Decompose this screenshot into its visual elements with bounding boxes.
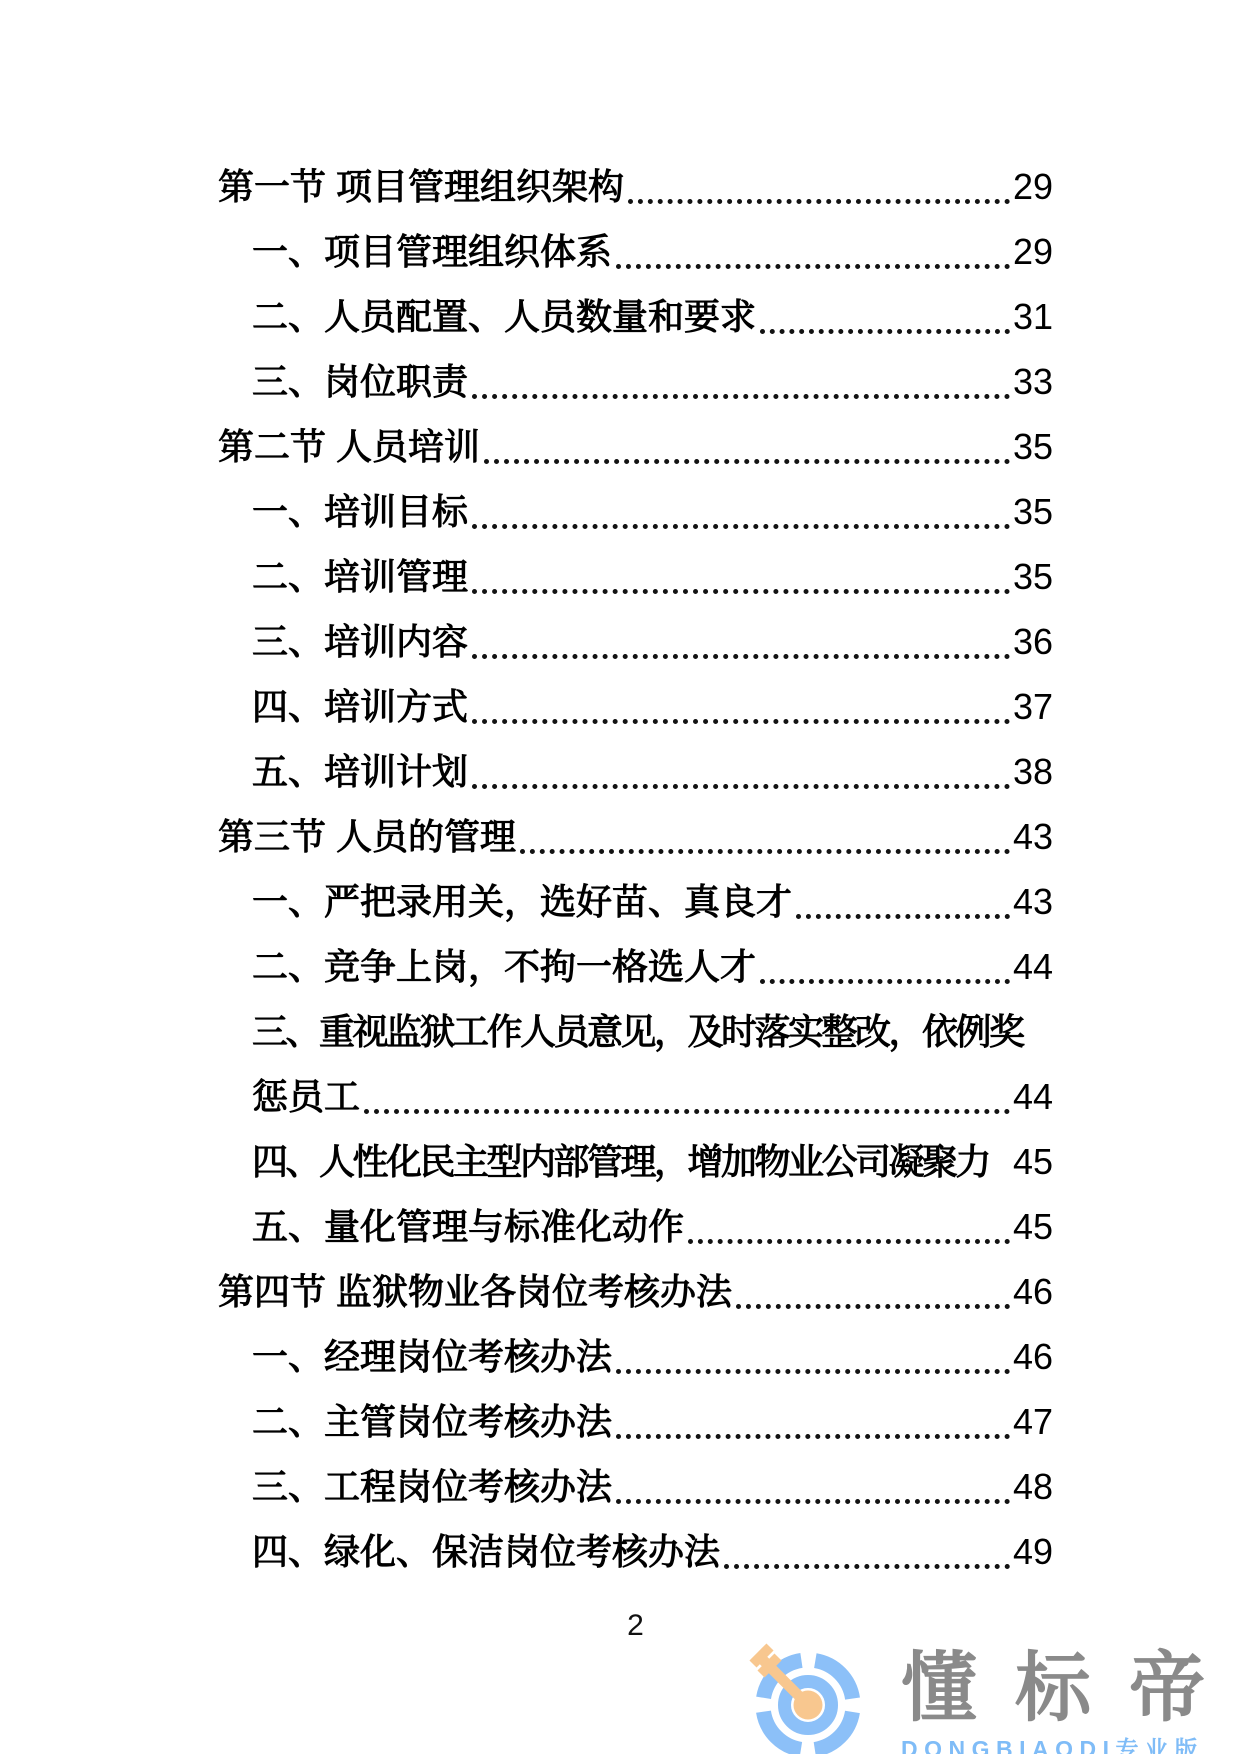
toc-entry[interactable]: 二、人员配置、人员数量和要求 31 <box>218 284 1053 349</box>
toc-entry-title: 一、项目管理组织体系 <box>252 219 612 284</box>
toc-entry[interactable]: 三、工程岗位考核办法 48 <box>218 1454 1053 1519</box>
toc-entry-page-number: 36 <box>1013 609 1053 674</box>
dot-leader <box>472 784 1010 789</box>
toc-entry[interactable]: 四、人性化民主型内部管理，增加物业公司凝聚力 45 <box>218 1129 1053 1194</box>
toc-entry-title: 一、培训目标 <box>252 479 468 544</box>
toc-entry-title: 一、严把录用关，选好苗、真良才 <box>252 869 792 934</box>
toc-entry[interactable]: 四、绿化、保洁岗位考核办法 49 <box>218 1519 1053 1584</box>
toc-entry-page-number: 29 <box>1013 219 1053 284</box>
dot-leader <box>472 394 1010 399</box>
toc-entry-title: 四、人性化民主型内部管理，增加物业公司凝聚力 <box>252 1129 989 1194</box>
toc-entry-title: 惩员工 <box>252 1064 360 1129</box>
toc-entry-title: 三、培训内容 <box>252 609 468 674</box>
toc-entry-title: 二、人员配置、人员数量和要求 <box>252 284 756 349</box>
dot-leader <box>472 654 1010 659</box>
toc-entry-title: 第二节 人员培训 <box>218 414 480 479</box>
dot-leader <box>628 199 1010 204</box>
toc-entry-page-number: 46 <box>1013 1324 1053 1389</box>
brand-text: 懂标帝 DONGBIAODI专业版 <box>901 1637 1241 1754</box>
table-of-contents: 第一节 项目管理组织架构 29 一、项目管理组织体系 29 二、人员配置、人员数… <box>218 154 1053 1584</box>
dot-leader <box>760 329 1010 334</box>
dot-leader <box>472 719 1010 724</box>
toc-entry[interactable]: 三、重视监狱工作人员意见，及时落实整改，依例奖 <box>218 999 1053 1064</box>
toc-entry-page-number: 37 <box>1013 674 1053 739</box>
dot-leader <box>616 1369 1010 1374</box>
toc-entry-page-number: 43 <box>1013 869 1053 934</box>
toc-entry-page-number: 48 <box>1013 1454 1053 1519</box>
toc-entry[interactable]: 二、主管岗位考核办法 47 <box>218 1389 1053 1454</box>
toc-entry[interactable]: 一、经理岗位考核办法 46 <box>218 1324 1053 1389</box>
toc-entry-page-number: 44 <box>1013 934 1053 999</box>
dot-leader <box>688 1239 1010 1244</box>
toc-entry[interactable]: 一、严把录用关，选好苗、真良才 43 <box>218 869 1053 934</box>
document-page: 第一节 项目管理组织架构 29 一、项目管理组织体系 29 二、人员配置、人员数… <box>0 0 1241 1754</box>
target-arrow-icon <box>748 1643 865 1754</box>
dot-leader <box>520 849 1010 854</box>
toc-entry[interactable]: 第四节 监狱物业各岗位考核办法 46 <box>218 1259 1053 1324</box>
toc-entry[interactable]: 第一节 项目管理组织架构 29 <box>218 154 1053 219</box>
toc-entry[interactable]: 三、岗位职责 33 <box>218 349 1053 414</box>
toc-entry-title: 二、培训管理 <box>252 544 468 609</box>
brand-subtitle: DONGBIAODI专业版 <box>901 1738 1241 1754</box>
toc-entry-title: 二、主管岗位考核办法 <box>252 1389 612 1454</box>
toc-entry-page-number: 46 <box>1013 1259 1053 1324</box>
toc-entry[interactable]: 三、培训内容 36 <box>218 609 1053 674</box>
toc-entry-title: 五、培训计划 <box>252 739 468 804</box>
toc-entry-title: 四、绿化、保洁岗位考核办法 <box>252 1519 720 1584</box>
toc-entry-title: 第三节 人员的管理 <box>218 804 516 869</box>
toc-entry-page-number: 49 <box>1013 1519 1053 1584</box>
toc-entry-title: 五、量化管理与标准化动作 <box>252 1194 684 1259</box>
toc-entry-title: 二、竞争上岗，不拘一格选人才 <box>252 934 756 999</box>
toc-entry-page-number: 38 <box>1013 739 1053 804</box>
toc-entry[interactable]: 惩员工 44 <box>218 1064 1053 1129</box>
toc-entry[interactable]: 二、培训管理 35 <box>218 544 1053 609</box>
toc-entry[interactable]: 五、培训计划 38 <box>218 739 1053 804</box>
toc-entry-title: 第四节 监狱物业各岗位考核办法 <box>218 1259 732 1324</box>
toc-entry-page-number: 35 <box>1013 479 1053 544</box>
toc-entry-title: 一、经理岗位考核办法 <box>252 1324 612 1389</box>
toc-entry[interactable]: 第二节 人员培训 35 <box>218 414 1053 479</box>
toc-entry-page-number: 31 <box>1013 284 1053 349</box>
toc-entry-page-number: 45 <box>1013 1194 1053 1259</box>
toc-entry[interactable]: 二、竞争上岗，不拘一格选人才 44 <box>218 934 1053 999</box>
toc-entry[interactable]: 第三节 人员的管理 43 <box>218 804 1053 869</box>
dot-leader <box>616 1499 1010 1504</box>
toc-entry-page-number: 29 <box>1013 154 1053 219</box>
toc-entry-title: 三、重视监狱工作人员意见，及时落实整改，依例奖 <box>252 999 1023 1064</box>
brand-name: 懂标帝 <box>901 1651 1241 1727</box>
toc-entry-title: 三、岗位职责 <box>252 349 468 414</box>
toc-entry-page-number: 45 <box>1013 1129 1053 1194</box>
brand-romanization: DONGBIAODI <box>901 1736 1116 1754</box>
dot-leader <box>616 1434 1010 1439</box>
brand-edition: 专业版 <box>1116 1736 1205 1754</box>
toc-entry[interactable]: 五、量化管理与标准化动作 45 <box>218 1194 1053 1259</box>
toc-entry-page-number: 43 <box>1013 804 1053 869</box>
toc-entry-page-number: 44 <box>1013 1064 1053 1129</box>
dot-leader <box>796 914 1010 919</box>
toc-entry[interactable]: 一、项目管理组织体系 29 <box>218 219 1053 284</box>
dot-leader <box>364 1109 1010 1114</box>
dot-leader <box>760 979 1010 984</box>
dot-leader <box>736 1304 1010 1309</box>
toc-entry-title: 第一节 项目管理组织架构 <box>218 154 624 219</box>
dot-leader <box>472 524 1010 529</box>
dot-leader <box>616 264 1010 269</box>
toc-entry-page-number: 35 <box>1013 414 1053 479</box>
toc-entry-title: 三、工程岗位考核办法 <box>252 1454 612 1519</box>
toc-entry[interactable]: 一、培训目标 35 <box>218 479 1053 544</box>
toc-entry[interactable]: 四、培训方式 37 <box>218 674 1053 739</box>
dot-leader <box>472 589 1010 594</box>
toc-entry-page-number: 47 <box>1013 1389 1053 1454</box>
dot-leader <box>724 1564 1010 1569</box>
dot-leader <box>484 459 1010 464</box>
toc-entry-title: 四、培训方式 <box>252 674 468 739</box>
toc-entry-page-number: 35 <box>1013 544 1053 609</box>
toc-entry-page-number: 33 <box>1013 349 1053 414</box>
dongbiaodi-watermark: 懂标帝 DONGBIAODI专业版 <box>748 1637 1241 1754</box>
